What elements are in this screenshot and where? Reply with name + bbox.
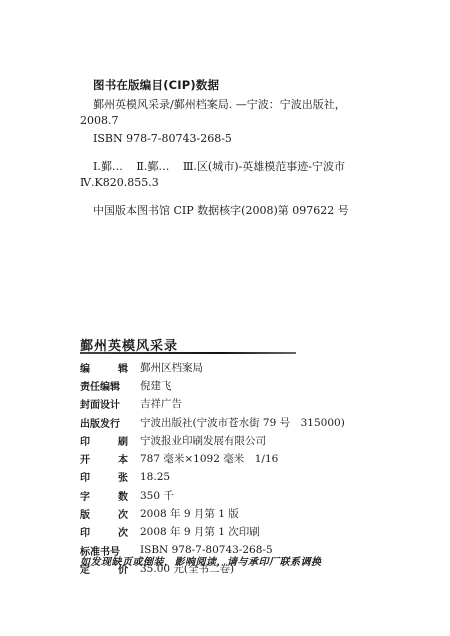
label-char: 本	[118, 451, 128, 466]
detail-value: 宁波出版社(宁波市苍水街 79 号 315000)	[140, 415, 345, 430]
label-char: 次	[118, 506, 128, 521]
cip-isbn: ISBN 978-7-80743-268-5	[93, 132, 232, 145]
label-char: 印	[80, 433, 90, 448]
detail-label: 责任编辑	[80, 378, 136, 393]
label-char: 印	[80, 469, 90, 484]
detail-label: 印刷	[80, 433, 136, 448]
detail-row-edition: 版次 2008 年 9 月第 1 版	[80, 504, 345, 522]
cip-date: 2008.7	[80, 114, 119, 127]
detail-value: 350 千	[140, 488, 174, 503]
detail-row-sheets: 印张 18.25	[80, 468, 345, 486]
label-char: 印	[80, 524, 90, 539]
label-char: 张	[118, 469, 128, 484]
detail-value: 787 毫米×1092 毫米 1/16	[140, 451, 278, 466]
detail-value: 2008 年 9 月第 1 版	[140, 506, 239, 521]
cip-class-2: Ⅱ.鄞…	[136, 158, 169, 174]
label-char: 开	[80, 451, 90, 466]
cip-class-1: Ⅰ.鄞…	[93, 158, 123, 174]
detail-value: 倪建飞	[140, 378, 172, 393]
detail-label: 印次	[80, 524, 136, 539]
cip-record: 中国版本图书馆 CIP 数据核字(2008)第 097622 号	[93, 202, 349, 218]
detail-label: 字数	[80, 488, 136, 503]
cip-class-3: Ⅲ.区(城市)-英雄模范事迹-宁波市	[183, 158, 345, 174]
detail-label: 出版发行	[80, 415, 136, 430]
detail-label: 开本	[80, 451, 136, 466]
label-char: 版	[80, 506, 90, 521]
detail-row-editor: 编辑 鄞州区档案局	[80, 358, 345, 376]
label-char: 数	[118, 488, 128, 503]
label-char: 编	[80, 360, 90, 375]
detail-row-responsible-editor: 责任编辑 倪建飞	[80, 376, 345, 394]
label-char: 刷	[118, 433, 128, 448]
book-details: 编辑 鄞州区档案局 责任编辑 倪建飞 封面设计 吉祥广告 出版发行 宁波出版社(…	[80, 358, 345, 578]
defect-notice: 如发现缺页或倒装，影响阅读，请与承印厂联系调换	[80, 553, 322, 568]
detail-value: 2008 年 9 月第 1 次印刷	[140, 524, 260, 539]
detail-value: 18.25	[140, 471, 170, 483]
title-divider	[80, 352, 296, 354]
detail-row-printing: 印次 2008 年 9 月第 1 次印刷	[80, 523, 345, 541]
label-char: 次	[118, 524, 128, 539]
detail-label: 印张	[80, 469, 136, 484]
detail-value: 吉祥广告	[140, 396, 182, 411]
detail-row-cover-design: 封面设计 吉祥广告	[80, 395, 345, 413]
detail-value: 宁波报业印刷发展有限公司	[140, 433, 266, 448]
cip-title-line: 鄞州英模风采录/鄞州档案局. —宁波：宁波出版社，	[93, 96, 346, 112]
cip-heading: 图书在版编目(CIP)数据	[93, 77, 219, 93]
detail-row-format: 开本 787 毫米×1092 毫米 1/16	[80, 449, 345, 467]
detail-row-printer: 印刷 宁波报业印刷发展有限公司	[80, 431, 345, 449]
detail-label: 封面设计	[80, 396, 136, 411]
detail-label: 编辑	[80, 360, 136, 375]
label-char: 字	[80, 488, 90, 503]
label-char: 辑	[118, 360, 128, 375]
detail-label: 版次	[80, 506, 136, 521]
cip-class-number: Ⅳ.K820.855.3	[80, 176, 159, 189]
detail-row-word-count: 字数 350 千	[80, 486, 345, 504]
detail-value: 鄞州区档案局	[140, 360, 203, 375]
detail-row-publisher: 出版发行 宁波出版社(宁波市苍水街 79 号 315000)	[80, 413, 345, 431]
cip-classification: Ⅰ.鄞… Ⅱ.鄞… Ⅲ.区(城市)-英雄模范事迹-宁波市	[93, 158, 355, 174]
